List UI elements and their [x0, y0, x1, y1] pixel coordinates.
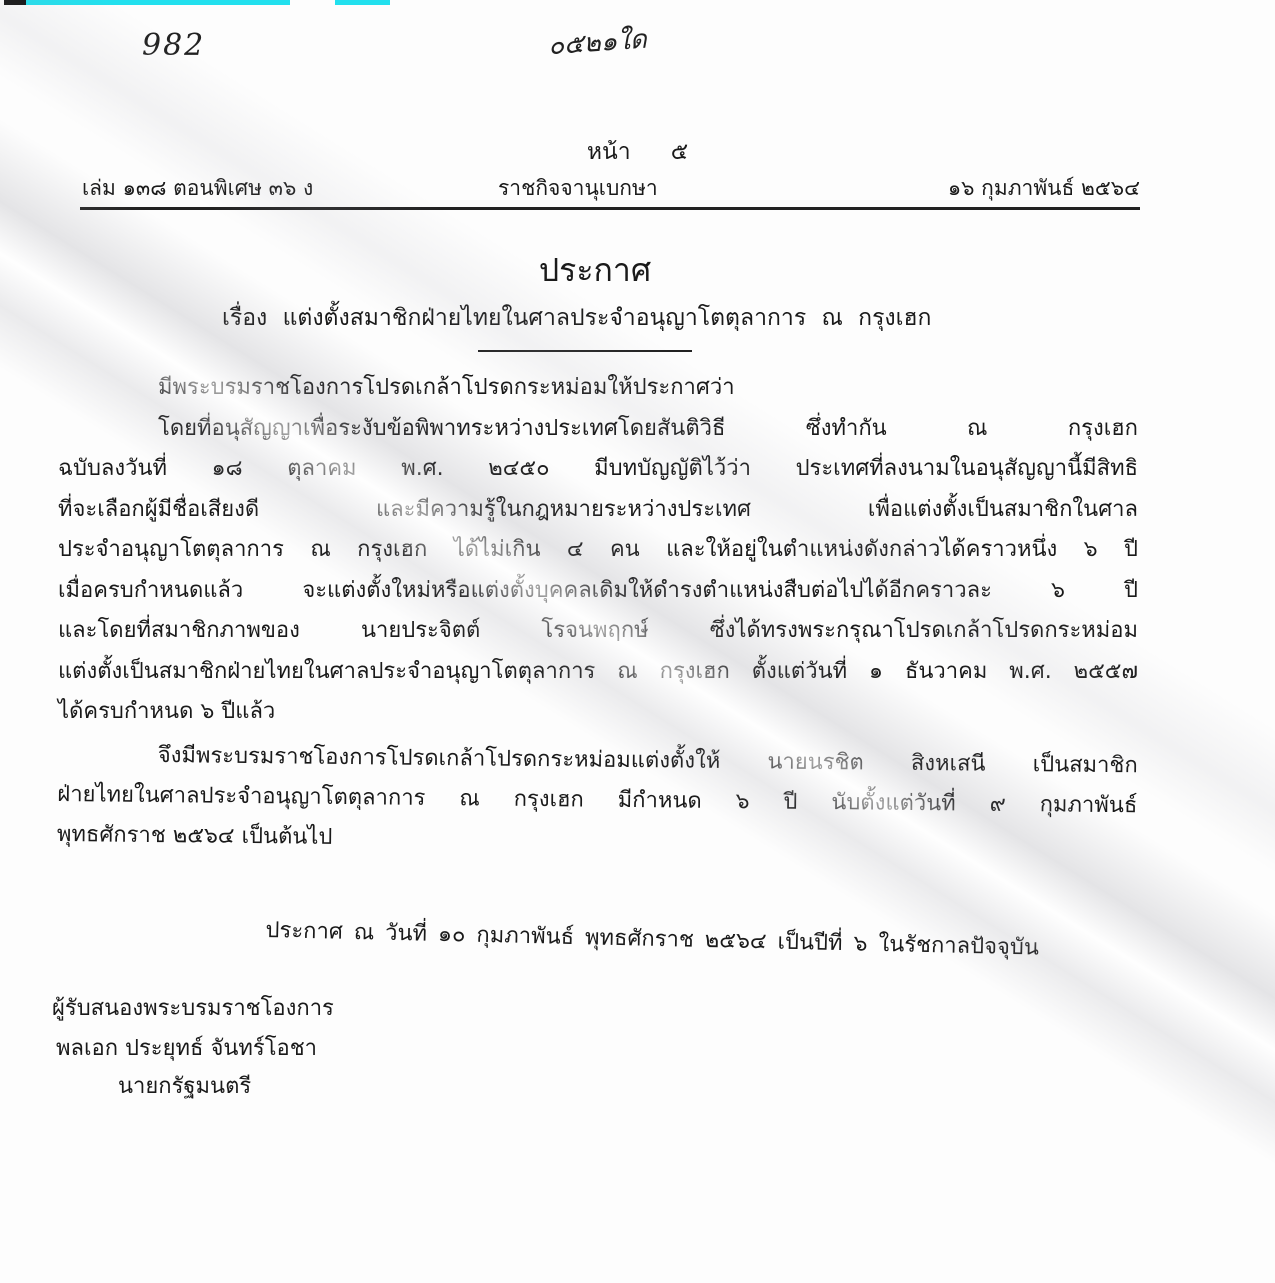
- publication-name: ราชกิจจานุเบกษา: [498, 172, 658, 205]
- text-line: โดยที่อนุสัญญาเพื่อระงับข้อพิพาทระหว่างป…: [58, 409, 1138, 450]
- signatory-role: ผู้รับสนองพระบรมราชโองการ: [52, 990, 334, 1025]
- scan-edge-dark: [4, 0, 26, 5]
- publication-date: ๑๖ กุมภาพันธ์ ๒๕๖๔: [948, 172, 1140, 205]
- text-line: ฉบับลงวันที่ ๑๘ ตุลาคม พ.ศ. ๒๔๕๐ มีบทบัญ…: [58, 449, 1138, 490]
- signatory-title: นายกรัฐมนตรี: [118, 1068, 251, 1103]
- scan-edge-cyan: [26, 0, 290, 5]
- text-line: แต่งตั้งเป็นสมาชิกฝ่ายไทยในศาลประจำอนุญา…: [58, 652, 1138, 693]
- handwritten-note-left: 982: [142, 28, 205, 63]
- text-line: ประจำอนุญาโตตุลาการ ณ กรุงเฮก ได้ไม่เกิน…: [58, 530, 1138, 571]
- page-label: หน้า: [587, 139, 631, 165]
- handwritten-note-right: ๐๕๒๑ใด: [547, 19, 648, 67]
- page-number-value: ๕: [671, 139, 688, 165]
- volume-info: เล่ม ๑๓๘ ตอนพิเศษ ๓๖ ง: [82, 172, 313, 205]
- scan-edge-cyan: [335, 0, 390, 5]
- announcement-subject: เรื่อง แต่งตั้งสมาชิกฝ่ายไทยในศาลประจำอน…: [222, 300, 932, 336]
- title-divider: [478, 350, 692, 352]
- text-line: เมื่อครบกำหนดแล้ว จะแต่งตั้งใหม่หรือแต่ง…: [58, 571, 1138, 612]
- text-line: ได้ครบกำหนด ๖ ปีแล้ว: [58, 692, 1138, 733]
- header-divider: [80, 207, 1140, 210]
- announcement-body: มีพระบรมราชโองการโปรดเกล้าโปรดกระหม่อมให…: [58, 368, 1138, 733]
- paragraph-1: โดยที่อนุสัญญาเพื่อระงับข้อพิพาทระหว่างป…: [58, 409, 1138, 733]
- announcement-title: ประกาศ: [0, 245, 1190, 296]
- text-line: และโดยที่สมาชิกภาพของ นายประจิตต์ โรจนพฤ…: [58, 611, 1138, 652]
- text-line: ที่จะเลือกผู้มีชื่อเสียงดี และมีความรู้ใ…: [58, 490, 1138, 531]
- gazette-header: เล่ม ๑๓๘ ตอนพิเศษ ๓๖ ง ราชกิจจานุเบกษา ๑…: [82, 172, 1140, 204]
- opening-paragraph: มีพระบรมราชโองการโปรดเกล้าโปรดกระหม่อมให…: [58, 368, 1138, 409]
- signatory-name: พลเอก ประยุทธ์ จันทร์โอชา: [56, 1030, 317, 1065]
- page-number: หน้า๕: [0, 134, 1275, 170]
- paragraph-2: จึงมีพระบรมราชโองการโปรดเกล้าโปรดกระหม่อ…: [57, 735, 1138, 866]
- announcement-date: ประกาศ ณ วันที่ ๑๐ กุมภาพันธ์ พุทธศักราช…: [265, 912, 1039, 965]
